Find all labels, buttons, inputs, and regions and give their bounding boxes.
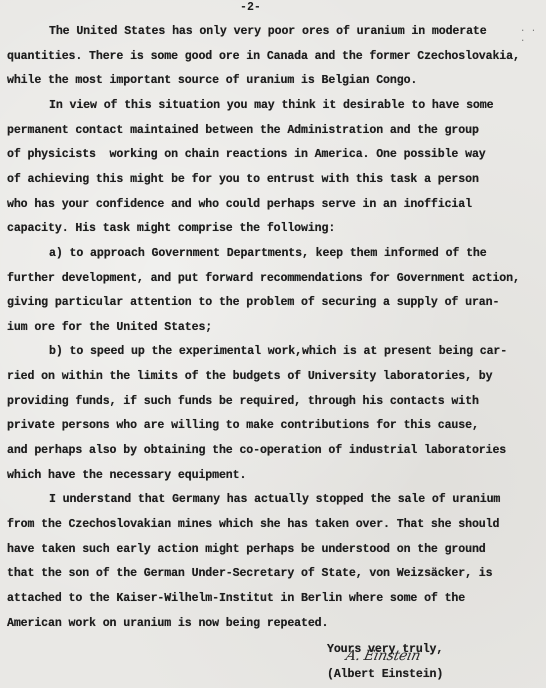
page-number: -2- xyxy=(240,1,261,14)
letter-line: In view of this situation you may think … xyxy=(49,99,493,113)
letter-line: The United States has only very poor ore… xyxy=(49,25,487,39)
letter-line: private persons who are willing to make … xyxy=(7,419,479,433)
letter-line: giving particular attention to the probl… xyxy=(7,296,499,310)
letter-line: ium ore for the United States; xyxy=(7,321,212,335)
letter-line: further development, and put forward rec… xyxy=(7,272,520,286)
letter-line: that the son of the German Under-Secreta… xyxy=(7,567,492,581)
letter-line: of achieving this might be for you to en… xyxy=(7,173,479,187)
letter-page: -2- The United States has only very poor… xyxy=(0,0,546,688)
letter-line: attached to the Kaiser-Wilhelm-Institut … xyxy=(7,592,465,606)
letter-line: providing funds, if such funds be requir… xyxy=(7,395,479,409)
letter-line: and perhaps also by obtaining the co-ope… xyxy=(7,444,506,458)
letter-line: permanent contact maintained between the… xyxy=(7,124,479,138)
letter-line: b) to speed up the experimental work,whi… xyxy=(49,345,507,359)
letter-line: I understand that Germany has actually s… xyxy=(49,493,500,507)
paper-blemish: . . . xyxy=(520,24,546,44)
letter-line: from the Czechoslovakian mines which she… xyxy=(7,518,499,532)
letter-line: while the most important source of urani… xyxy=(7,74,417,88)
letter-line: of physicists working on chain reactions… xyxy=(7,148,486,162)
letter-line: quantities. There is some good ore in Ca… xyxy=(7,50,520,64)
letter-line: ried on within the limits of the budgets… xyxy=(7,370,492,384)
letter-line: who has your confidence and who could pe… xyxy=(7,198,472,212)
signatory-name: (Albert Einstein) xyxy=(327,668,443,682)
letter-line: capacity. His task might comprise the fo… xyxy=(7,222,335,236)
letter-line: a) to approach Government Departments, k… xyxy=(49,247,487,261)
letter-line: have taken such early action might perha… xyxy=(7,543,486,557)
signature: A. Einstein xyxy=(344,648,421,664)
letter-line: which have the necessary equipment. xyxy=(7,469,246,483)
letter-line: American work on uranium is now being re… xyxy=(7,617,328,631)
